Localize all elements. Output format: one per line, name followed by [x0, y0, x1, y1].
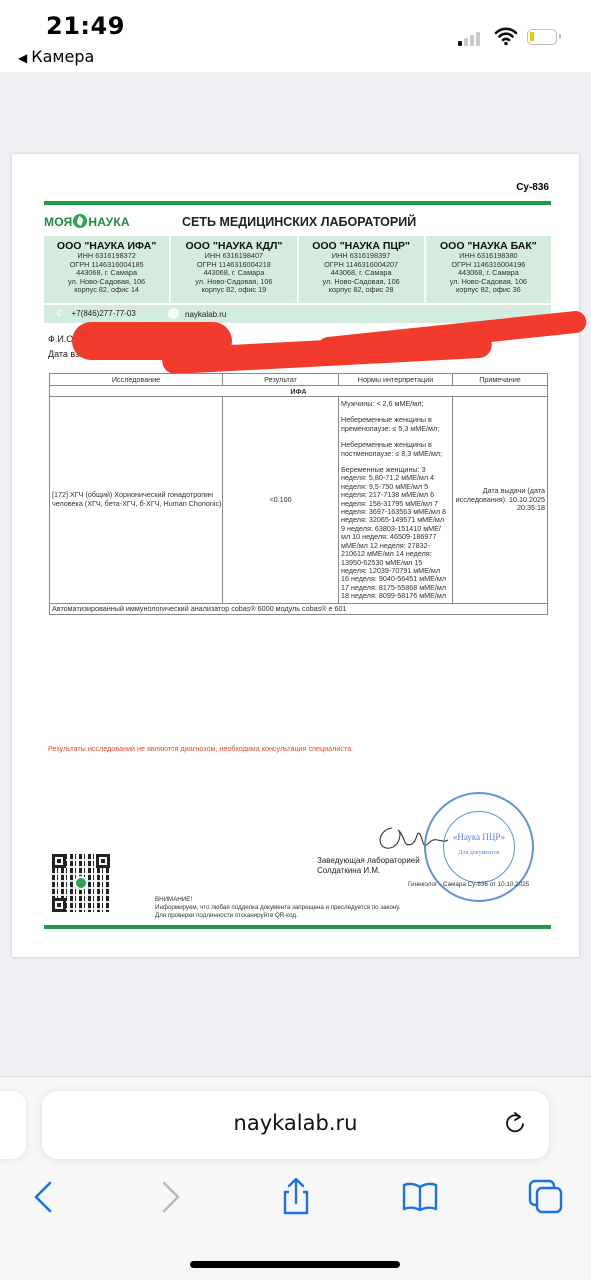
share-icon[interactable] — [276, 1177, 316, 1217]
address-bar[interactable]: naykalab.ru — [42, 1091, 549, 1159]
logo: МОЯНАУКА — [44, 214, 130, 229]
analyzer-row: Автоматизированный иммунологический анал… — [50, 603, 548, 614]
results-table: Исследование Результат Нормы интерпретац… — [49, 373, 548, 615]
org-office: корпус 82, офис 19 — [171, 286, 296, 295]
stamp-name: «Наука ПЦР» — [446, 832, 512, 842]
leaf-icon — [74, 876, 88, 890]
warning-title: ВНИМАНИЕ! — [155, 896, 400, 904]
globe-icon — [168, 308, 179, 319]
battery-icon — [527, 29, 557, 45]
group-label: ИФА — [50, 386, 548, 397]
warning-block: ВНИМАНИЕ! Информируем, что любая подделк… — [155, 896, 400, 920]
organization-card: ООО "НАУКА КДЛ" ИНН 6316198407 ОГРН 1146… — [171, 236, 298, 303]
header-norms: Нормы интерпретации — [339, 374, 453, 386]
table-header-row: Исследование Результат Нормы интерпретац… — [50, 374, 548, 386]
phone-number: +7(846)277-77-03 — [72, 309, 136, 318]
qr-code — [52, 854, 110, 912]
contacts-bar: ✆+7(846)277-77-03 naykalab.ru — [44, 305, 551, 323]
warning-line2: Для проверки подлинности отсканируйте QR… — [155, 912, 400, 920]
head-title: Заведующая лабораторией — [317, 856, 420, 865]
header-result: Результат — [223, 374, 339, 386]
disclaimer: Результаты исследований не являются диаг… — [48, 744, 353, 753]
logo-text-right: НАУКА — [88, 215, 129, 229]
org-office: корпус 82, офис 14 — [44, 286, 169, 295]
norm-premenopause: Небеременные женщины в пременопаузе: ≤ 5… — [341, 416, 450, 433]
phone-icon: ✆ — [56, 308, 64, 318]
wifi-icon — [494, 26, 518, 46]
cellular-signal-icon — [458, 30, 486, 46]
patient-name-label: Ф.И.О — [48, 334, 73, 344]
referral-line: Гинеколог - Самара Су-836 от 10.10.2025 — [408, 881, 529, 888]
lab-report-document: Су-836 МОЯНАУКА СЕТЬ МЕДИЦИНСКИХ ЛАБОРАТ… — [12, 154, 579, 957]
reload-icon[interactable] — [501, 1109, 529, 1137]
logo-text-left: МОЯ — [44, 215, 72, 229]
document-code: Су-836 — [516, 182, 549, 193]
org-office: корпус 82, офис 28 — [299, 286, 424, 295]
org-office: корпус 82, офис 36 — [426, 286, 551, 295]
leaf-icon — [73, 214, 87, 228]
back-chevron-icon[interactable] — [24, 1177, 64, 1217]
organizations-block: ООО "НАУКА ИФА" ИНН 6316198372 ОГРН 1146… — [44, 236, 551, 303]
home-indicator[interactable] — [190, 1261, 400, 1268]
status-bar: 21:49 ◀Камера — [0, 0, 591, 72]
organization-card: ООО "НАУКА ИФА" ИНН 6316198372 ОГРН 1146… — [44, 236, 171, 303]
network-title: СЕТЬ МЕДИЦИНСКИХ ЛАБОРАТОРИЙ — [182, 215, 416, 229]
back-to-app-link[interactable]: ◀Камера — [18, 47, 94, 66]
table-row: [172] ХГЧ (общий) Хорионический гонадотр… — [50, 397, 548, 604]
tabs-icon[interactable] — [526, 1177, 566, 1217]
group-row: ИФА — [50, 386, 548, 397]
bottom-green-line — [44, 925, 551, 929]
warning-line1: Информируем, что любая подделка документ… — [155, 904, 400, 912]
test-note: Дата выдачи (дата исследования): 10.10.2… — [453, 397, 548, 604]
stamp-sub: Для документов — [446, 850, 512, 856]
norm-pregnant: Беременные женщины: 3 неделя: 5,80-71,2 … — [341, 466, 450, 601]
test-result: <0.100 — [223, 397, 339, 604]
head-name: Солдаткина И.М. — [317, 866, 380, 875]
norm-postmenopause: Небеременные женщины в постменопаузе: ≤ … — [341, 441, 450, 458]
analyzer-info: Автоматизированный иммунологический анал… — [50, 603, 548, 614]
top-green-line — [44, 201, 551, 205]
forward-chevron-icon[interactable] — [150, 1177, 190, 1217]
organization-card: ООО "НАУКА БАК" ИНН 6316198380 ОГРН 1146… — [426, 236, 551, 303]
organization-card: ООО "НАУКА ПЦР" ИНН 6316198397 ОГРН 1146… — [299, 236, 426, 303]
browser-bottom-bar: naykalab.ru — [0, 1076, 591, 1280]
triangle-left-icon: ◀ — [18, 51, 27, 65]
bookmarks-book-icon[interactable] — [400, 1177, 440, 1217]
clock: 21:49 — [46, 12, 125, 40]
test-norms: Мужчины: < 2,6 мМЕ/мл; Небеременные женщ… — [339, 397, 453, 604]
header-test: Исследование — [50, 374, 223, 386]
website: naykalab.ru — [168, 308, 226, 319]
back-app-label: Камера — [31, 47, 94, 66]
phone: ✆+7(846)277-77-03 — [56, 308, 136, 319]
test-name: [172] ХГЧ (общий) Хорионический гонадотр… — [50, 397, 223, 604]
url-text[interactable]: naykalab.ru — [42, 1111, 549, 1135]
norm-men: Мужчины: < 2,6 мМЕ/мл; — [341, 400, 450, 408]
header-note: Примечание — [453, 374, 548, 386]
website-text: naykalab.ru — [185, 310, 226, 319]
previous-tab-preview[interactable] — [0, 1091, 26, 1159]
